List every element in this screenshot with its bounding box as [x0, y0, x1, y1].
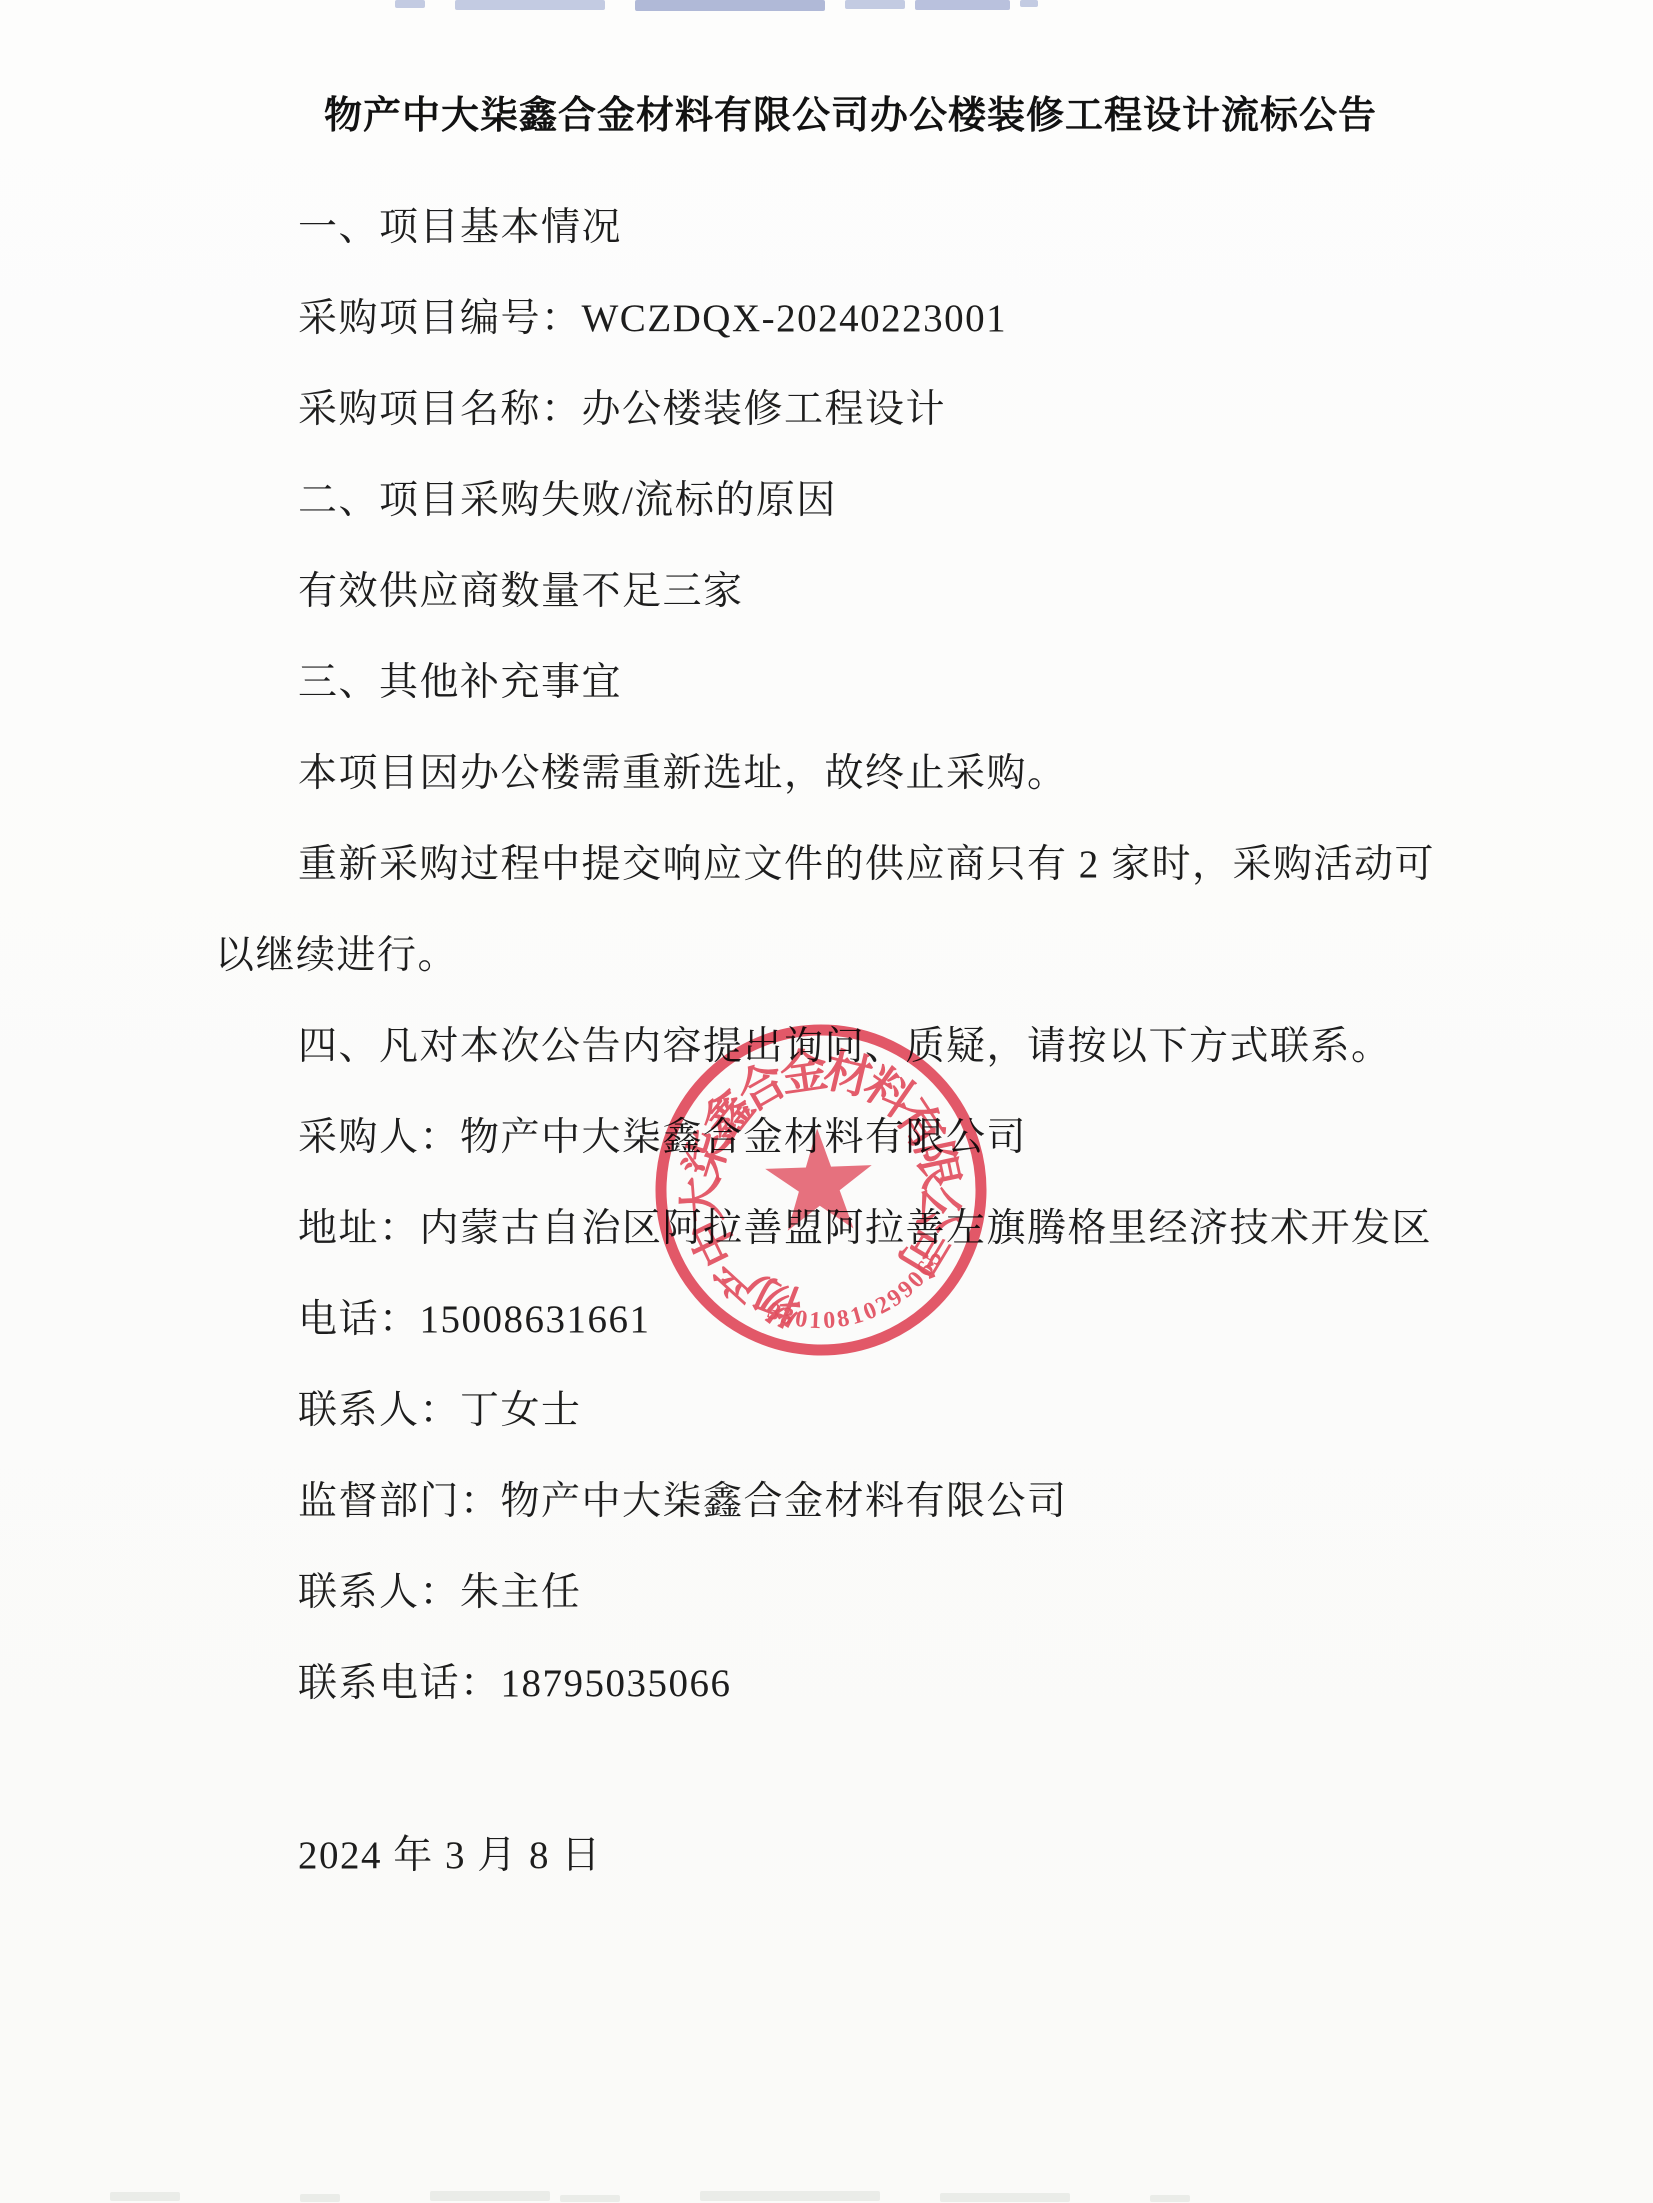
line-section-4-heading: 四、凡对本次公告内容提出询问、质疑，请按以下方式联系。 [215, 997, 1435, 1088]
scan-artifact-mark [845, 0, 905, 9]
scan-artifact-mark [430, 2191, 550, 2201]
scan-artifact-mark [1020, 0, 1038, 7]
scan-artifact-mark [455, 0, 605, 10]
line-project-name: 采购项目名称：办公楼装修工程设计 [215, 360, 1435, 451]
scan-artifact-mark [700, 2191, 880, 2201]
document-page: 物产中大柒鑫合金材料有限公司办公楼装修工程设计流标公告 一、项目基本情况 采购项… [0, 0, 1653, 2203]
line-contact-phone: 联系电话：18795035066 [215, 1634, 1435, 1725]
line-address: 地址：内蒙古自治区阿拉善盟阿拉善左旗腾格里经济技术开发区 [215, 1179, 1435, 1270]
line-supplement-note-2b: 以继续进行。 [215, 906, 1435, 997]
scan-artifact-mark [300, 2194, 340, 2202]
scan-artifact-mark [940, 2193, 1070, 2202]
line-section-2-heading: 二、项目采购失败/流标的原因 [215, 451, 1435, 542]
line-contact-person-1: 联系人：丁女士 [215, 1361, 1435, 1452]
line-purchaser: 采购人：物产中大柒鑫合金材料有限公司 [215, 1088, 1435, 1179]
document-date: 2024 年 3 月 8 日 [298, 1824, 602, 1880]
scan-artifact-mark [395, 0, 425, 8]
line-phone: 电话：15008631661 [215, 1270, 1435, 1361]
line-supplement-note-2a: 重新采购过程中提交响应文件的供应商只有 2 家时，采购活动可 [215, 815, 1435, 906]
line-supervision-dept: 监督部门：物产中大柒鑫合金材料有限公司 [215, 1452, 1435, 1543]
line-contact-person-2: 联系人：朱主任 [215, 1543, 1435, 1634]
scan-artifact-mark [915, 0, 1010, 10]
scan-artifact-mark [1150, 2195, 1190, 2202]
document-title: 物产中大柒鑫合金材料有限公司办公楼装修工程设计流标公告 [24, 84, 1653, 139]
scan-artifact-mark [635, 0, 825, 11]
line-failure-reason: 有效供应商数量不足三家 [215, 542, 1435, 633]
line-section-1-heading: 一、项目基本情况 [215, 178, 1435, 269]
document-body: 一、项目基本情况 采购项目编号：WCZDQX-20240223001 采购项目名… [215, 178, 1435, 1725]
line-section-3-heading: 三、其他补充事宜 [215, 633, 1435, 724]
line-project-number: 采购项目编号：WCZDQX-20240223001 [215, 269, 1435, 360]
scan-artifact-mark [110, 2192, 180, 2201]
line-supplement-note: 本项目因办公楼需重新选址，故终止采购。 [215, 724, 1435, 815]
scan-artifact-mark [560, 2195, 620, 2202]
